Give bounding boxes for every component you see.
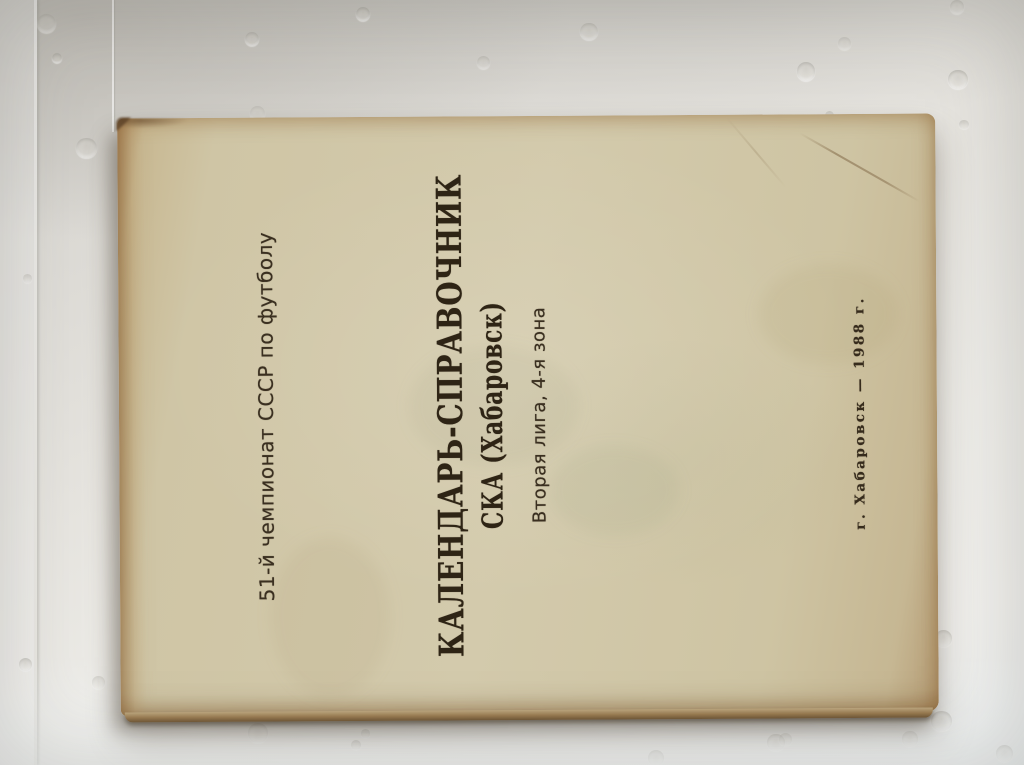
mat-dimple [948,70,968,90]
booklet: 51-й чемпионат СССР по футболу КАЛЕНДАРЬ… [117,114,939,717]
mat-dimple [959,120,968,129]
cover-team-line: СКА (Хабаровск) [472,191,513,640]
mat-dimple [245,32,259,46]
mat-dimple [37,14,57,34]
mat-dimple [356,7,370,21]
photo-of-booklet: 51-й чемпионат СССР по футболу КАЛЕНДАРЬ… [0,0,1024,765]
cover-title: КАЛЕНДАРЬ-СПРАВОЧНИК [428,170,475,661]
mat-fold-line [34,0,37,765]
mat-seam-line [112,0,114,132]
cover-imprint: г. Хабаровск — 1988 г. [848,114,872,712]
booklet-cover: 51-й чемпионат СССР по футболу КАЛЕНДАРЬ… [117,114,939,717]
mat-left-strip [0,0,34,765]
cover-league-line: Вторая лига, 4-я зона [526,116,554,714]
mat-dimple [950,0,963,13]
mat-dimple [52,53,62,63]
mat-dimple [580,23,597,40]
mat-dimple [838,37,851,50]
mat-dimple [477,56,490,69]
cover-championship-line: 51-й чемпионат СССР по футболу [251,118,281,716]
mat-dimple [76,138,96,158]
mat-dimple [797,62,815,80]
